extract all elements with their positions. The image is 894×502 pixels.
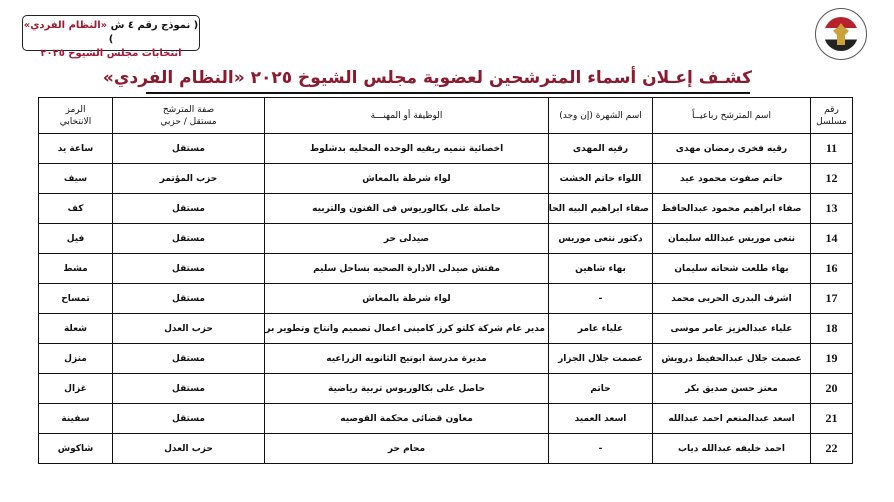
cell-nickname: صفاء ابراهيم البيه الحاكم [549, 194, 653, 224]
cell-symbol: تمساح [39, 284, 113, 314]
table-row: 19عصمت جلال عبدالحفيظ درويشعصمت جلال الج… [39, 344, 853, 374]
emblem-logo-icon [815, 8, 867, 60]
cell-nickname: بهاء شاهين [549, 254, 653, 284]
title-underline [146, 92, 750, 94]
cell-status: حزب العدل [113, 434, 265, 464]
cell-job: صيدلى حر [265, 224, 549, 254]
cell-status: مستقل [113, 374, 265, 404]
system-type-label: «النظام الفردي» [24, 20, 107, 31]
cell-num: 16 [811, 254, 853, 284]
header-num: رقم مسلسل [811, 98, 853, 134]
form-number-label: ( نموذج رقم ٤ ش «النظام الفردي» ) انتخاب… [22, 15, 200, 51]
form-number-line: ( نموذج رقم ٤ ش «النظام الفردي» ) [23, 19, 199, 47]
table-row: 14نتعى موريس عبدالله سليماندكتور نتعى مو… [39, 224, 853, 254]
cell-job: حاصلة على بكالوريوس فى الفنون والتربيه [265, 194, 549, 224]
cell-nickname: دكتور نتعى موريس [549, 224, 653, 254]
cell-num: 22 [811, 434, 853, 464]
cell-symbol: سيف [39, 164, 113, 194]
cell-nickname: عصمت جلال الجزار [549, 344, 653, 374]
cell-name: نتعى موريس عبدالله سليمان [653, 224, 811, 254]
cell-num: 14 [811, 224, 853, 254]
cell-name: عصمت جلال عبدالحفيظ درويش [653, 344, 811, 374]
cell-name: احمد خليفه عبدالله دياب [653, 434, 811, 464]
cell-symbol: شاكوش [39, 434, 113, 464]
table-row: 22احمد خليفه عبدالله دياب-محام حرحزب الع… [39, 434, 853, 464]
cell-status: مستقل [113, 254, 265, 284]
cell-job: مديرة مدرسة ابوتيج الثانويه الزراعيه [265, 344, 549, 374]
cell-symbol: كف [39, 194, 113, 224]
table-row: 17اشرف البدرى الحربى محمد-لواء شرطة بالم… [39, 284, 853, 314]
header-symbol: الرمز الانتخابي [39, 98, 113, 134]
eagle-icon [833, 23, 849, 45]
cell-status: مستقل [113, 284, 265, 314]
header-name: اسم المترشح رباعيــاً [653, 98, 811, 134]
cell-name: حاتم صفوت محمود عيد [653, 164, 811, 194]
cell-status: مستقل [113, 224, 265, 254]
table-row: 18علياء عبدالعزيز عامر موسىعلياء عامرمدي… [39, 314, 853, 344]
cell-num: 11 [811, 134, 853, 164]
cell-nickname: - [549, 284, 653, 314]
cell-name: صفاء ابراهيم محمود عبدالحافظ [653, 194, 811, 224]
cell-symbol: ساعة يد [39, 134, 113, 164]
header-job: الوظيفة أو المهنـــة [265, 98, 549, 134]
cell-status: مستقل [113, 344, 265, 374]
cell-job: مفتش صيدلى الادارة الصحيه بساحل سليم [265, 254, 549, 284]
table-row: 11رقيه فخرى رمضان مهدىرقيه المهدىاخصائية… [39, 134, 853, 164]
cell-nickname: رقيه المهدى [549, 134, 653, 164]
cell-nickname: اسعد العميد [549, 404, 653, 434]
cell-num: 19 [811, 344, 853, 374]
cell-symbol: غزال [39, 374, 113, 404]
cell-job: اخصائية تنميه ريفيه الوحده المحليه بدشلو… [265, 134, 549, 164]
cell-status: مستقل [113, 404, 265, 434]
cell-job: لواء شرطة بالمعاش [265, 164, 549, 194]
header-nickname: اسم الشهرة (إن وجد) [549, 98, 653, 134]
cell-nickname: حاتم [549, 374, 653, 404]
table-header-row: رقم مسلسل اسم المترشح رباعيــاً اسم الشه… [39, 98, 853, 134]
cell-job: لواء شرطة بالمعاش [265, 284, 549, 314]
header-status: صفة المترشح مستقل / حزبي [113, 98, 265, 134]
cell-name: اسعد عبدالمنعم احمد عبدالله [653, 404, 811, 434]
cell-nickname: - [549, 434, 653, 464]
table-row: 20معتز حسن صديق بكرحاتمحاصل على بكالوريو… [39, 374, 853, 404]
cell-name: اشرف البدرى الحربى محمد [653, 284, 811, 314]
cell-symbol: شعلة [39, 314, 113, 344]
cell-nickname: علياء عامر [549, 314, 653, 344]
cell-name: معتز حسن صديق بكر [653, 374, 811, 404]
cell-name: بهاء طلعت شحاته سليمان [653, 254, 811, 284]
cell-symbol: مشط [39, 254, 113, 284]
page-title: كشـف إعـلان أسماء المترشحين لعضوية مجلس … [140, 68, 752, 88]
cell-status: مستقل [113, 194, 265, 224]
cell-num: 21 [811, 404, 853, 434]
cell-nickname: اللواء حاتم الخشت [549, 164, 653, 194]
cell-job: معاون قضائى محكمة القوصيه [265, 404, 549, 434]
cell-status: حزب العدل [113, 314, 265, 344]
cell-num: 17 [811, 284, 853, 314]
cell-num: 20 [811, 374, 853, 404]
cell-name: رقيه فخرى رمضان مهدى [653, 134, 811, 164]
cell-job: مدير عام شركة كلتو كرز كامينى اعمال تصمي… [265, 314, 549, 344]
table-row: 13صفاء ابراهيم محمود عبدالحافظصفاء ابراه… [39, 194, 853, 224]
cell-job: حاصل على بكالوريوس تربية رياضية [265, 374, 549, 404]
cell-num: 18 [811, 314, 853, 344]
flag-circle-icon [824, 17, 858, 51]
cell-symbol: سفينة [39, 404, 113, 434]
cell-status: حزب المؤتمر [113, 164, 265, 194]
cell-name: علياء عبدالعزيز عامر موسى [653, 314, 811, 344]
table-row: 21اسعد عبدالمنعم احمد عبداللهاسعد العميد… [39, 404, 853, 434]
cell-symbol: منزل [39, 344, 113, 374]
table-row: 16بهاء طلعت شحاته سليمانبهاء شاهينمفتش ص… [39, 254, 853, 284]
candidates-table: رقم مسلسل اسم المترشح رباعيــاً اسم الشه… [38, 97, 853, 464]
cell-job: محام حر [265, 434, 549, 464]
election-name-line: انتخابات مجلس الشيوخ ٢٠٢٥ [23, 47, 199, 61]
table-row: 12حاتم صفوت محمود عيداللواء حاتم الخشتلو… [39, 164, 853, 194]
cell-status: مستقل [113, 134, 265, 164]
cell-symbol: فيل [39, 224, 113, 254]
cell-num: 12 [811, 164, 853, 194]
cell-num: 13 [811, 194, 853, 224]
